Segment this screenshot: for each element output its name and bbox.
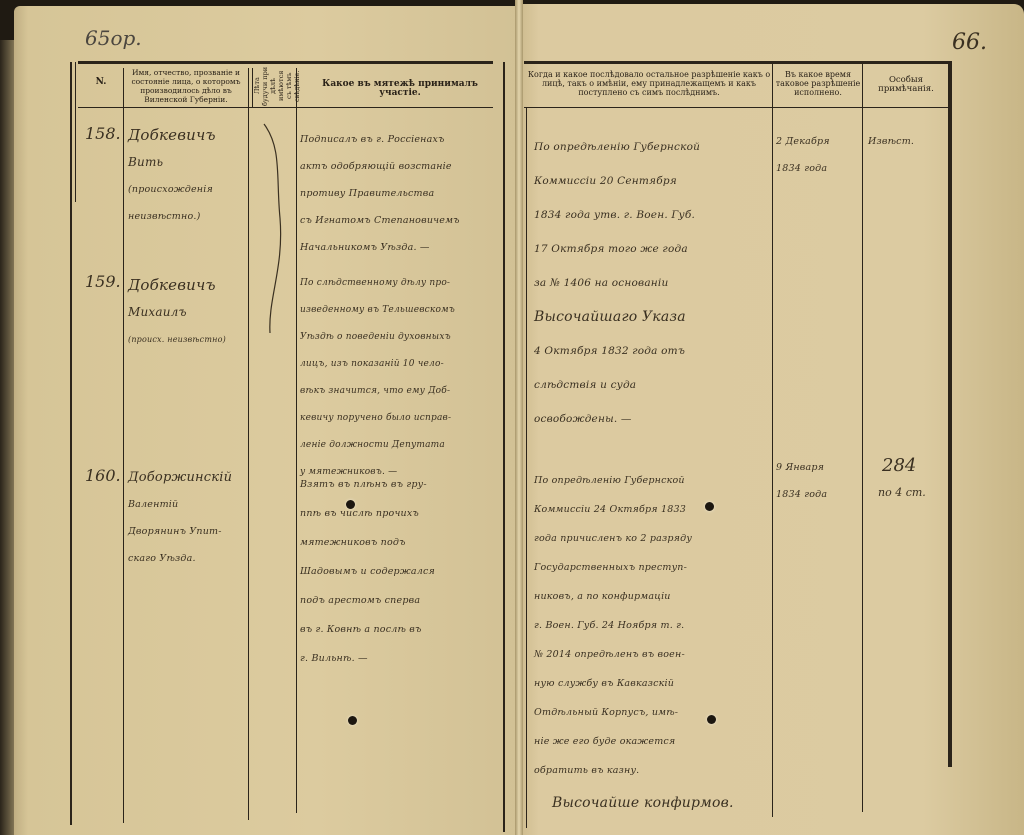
binding-hole: [705, 502, 714, 511]
right-border-left-page: [503, 62, 505, 832]
left-border-inner: [75, 62, 76, 202]
entry-executed: 9 Января 1834 года: [776, 454, 827, 508]
entry-participation: По слѣдственному дѣлу про- изведенному в…: [300, 270, 455, 486]
col-divider-number: [123, 68, 124, 823]
binding-hole: [707, 715, 716, 724]
header-name: Имя, отчество, прозваніе и состояніе лиц…: [125, 68, 247, 104]
right-page-left-border: [526, 108, 527, 828]
right-border: [948, 62, 952, 767]
col-divider-executed: [862, 62, 863, 812]
entry-name: Добкевичъ Вить (происхожденія неизвѣстно…: [128, 122, 216, 230]
binding-hole: [346, 500, 355, 509]
entry-name: Доборжинскій Валентій Дворянинъ Упит- ск…: [128, 464, 232, 572]
book-spine: [515, 0, 523, 835]
header-executed: Въ какое время таковое разрѣшеніе исполн…: [774, 70, 862, 97]
entry-participation: Взятъ въ плѣнъ въ гру- ппѣ въ числѣ проч…: [300, 470, 435, 673]
header-resolution: Когда и какое послѣдовало остальное разр…: [527, 70, 771, 97]
entry-number: 158.: [85, 124, 121, 143]
col-divider-years: [296, 68, 297, 813]
entry-participation: Подписалъ въ г. Россіенахъ актъ одобряющ…: [300, 126, 460, 261]
entry-number: 160.: [85, 466, 121, 485]
header-top-rule-right: [524, 61, 952, 64]
left-border: [70, 62, 72, 825]
header-top-rule: [78, 61, 493, 64]
col-divider-name: [248, 68, 249, 820]
header-participation: Какое въ мятежѣ принималъ участіе.: [300, 80, 500, 98]
binding-hole: [348, 716, 357, 725]
header-number: N.: [82, 78, 120, 87]
entry-executed: 2 Декабря 1834 года: [776, 128, 830, 182]
bracket-brace: [258, 118, 288, 338]
entry-resolution: По опредѣленію Губернской Коммиссіи 20 С…: [534, 130, 700, 436]
header-bottom-rule-right: [524, 107, 952, 108]
entry-remarks: 284 по 4 ст.: [870, 452, 926, 506]
entry-resolution: По опредѣленію Губернской Коммиссіи 24 О…: [534, 466, 734, 821]
pencil-folio-number: 65ор.: [85, 26, 142, 50]
col-divider-resolution: [772, 62, 773, 817]
header-years: Лѣта будучи при дѣлѣ имѣются съ тѣмъ свѣ…: [253, 66, 295, 106]
header-remarks: Особыя примѣчанія.: [864, 76, 948, 94]
header-bottom-rule: [78, 107, 493, 108]
entry-name: Добкевичъ Михаилъ (происх. неизвѣстно): [128, 272, 226, 353]
entry-number: 159.: [85, 272, 121, 291]
page-number: 66.: [952, 30, 987, 55]
entry-remarks: Извѣст.: [868, 128, 914, 155]
